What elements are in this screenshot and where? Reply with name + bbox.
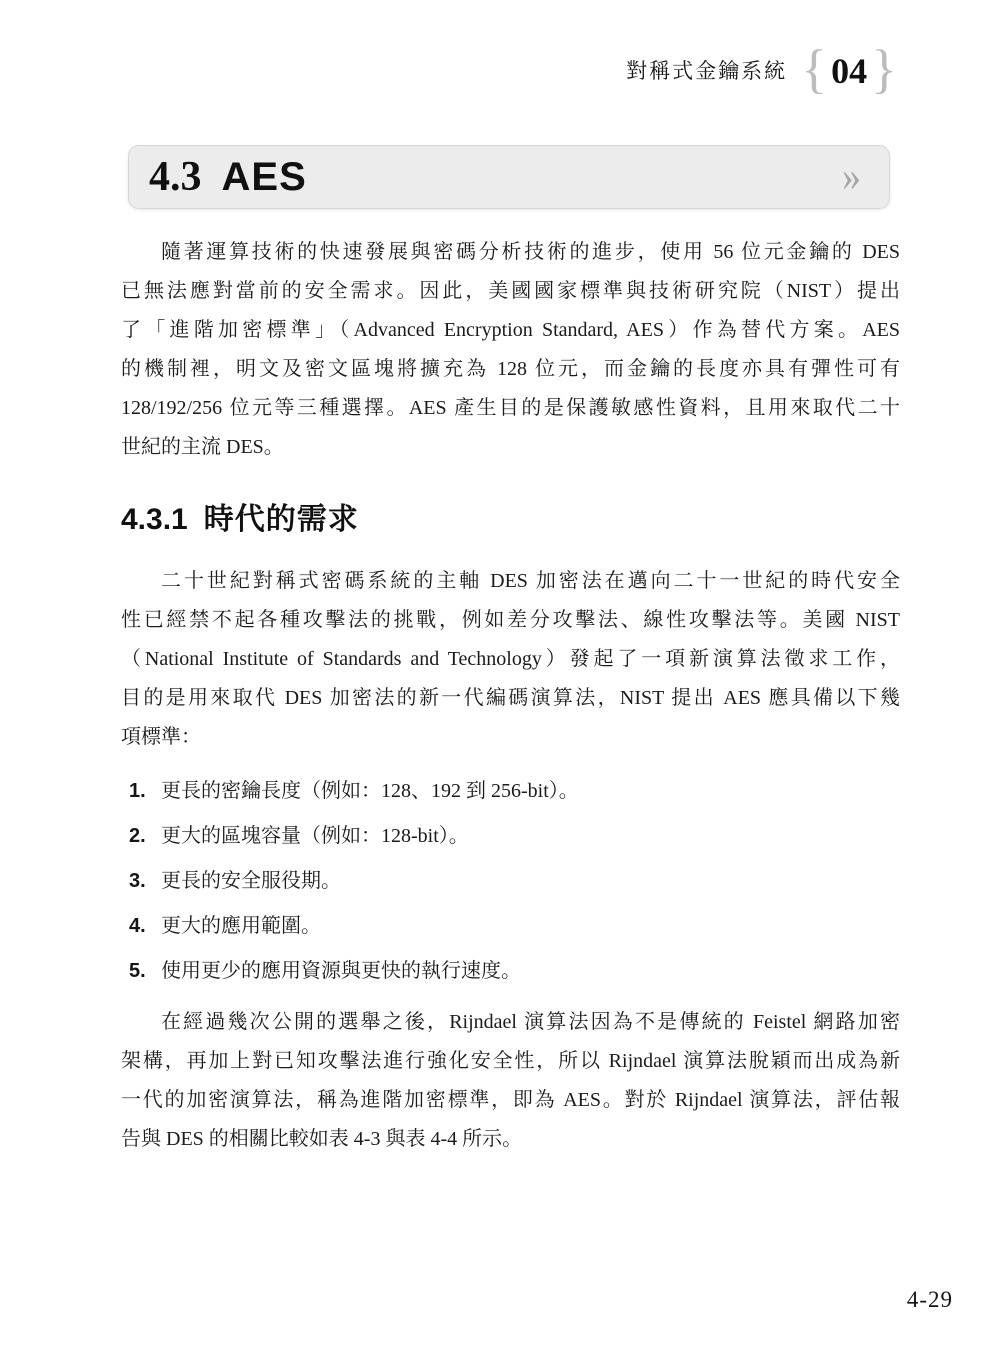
- text-line: 已無法應對當前的安全需求。因此，美國國家標準與技術研究院（NIST）提出: [121, 272, 900, 311]
- list-item-text: 更大的區塊容量（例如：128-bit）。: [161, 825, 469, 847]
- aes-requirements-list: 1. 更長的密鑰長度（例如：128、192 到 256-bit）。 2. 更大的…: [121, 780, 900, 1005]
- list-item-number: 2.: [121, 825, 161, 847]
- text-line: 了「進階加密標準」（Advanced Encryption Standard, …: [121, 311, 900, 350]
- page-number: 4-29: [907, 1287, 953, 1313]
- text-line: 二十世紀對稱式密碼系統的主軸 DES 加密法在邁向二十一世紀的時代安全: [121, 562, 900, 601]
- text-line: 目的是用來取代 DES 加密法的新一代編碼演算法，NIST 提出 AES 應具備…: [121, 679, 900, 718]
- list-item-number: 4.: [121, 915, 161, 937]
- paragraph-rijndael: 在經過幾次公開的選舉之後，Rijndael 演算法因為不是傳統的 Feistel…: [121, 1003, 900, 1159]
- chapter-number: 04: [831, 53, 867, 89]
- text-line: 隨著運算技術的快速發展與密碼分析技術的進步，使用 56 位元金鑰的 DES: [121, 233, 900, 272]
- chapter-title: 對稱式金鑰系統: [626, 61, 787, 82]
- section-heading: 4.3 AES: [149, 156, 307, 198]
- paragraph-background: 二十世紀對稱式密碼系統的主軸 DES 加密法在邁向二十一世紀的時代安全 性已經禁…: [121, 562, 900, 757]
- text-line: 128/192/256 位元等三種選擇。AES 產生目的是保護敏感性資料，且用來…: [121, 389, 900, 428]
- book-page: 對稱式金鑰系統 { 04 } 4.3 AES » 隨著運算技術的快速發展與密碼分…: [0, 0, 1000, 1353]
- list-item-text: 更大的應用範圍。: [161, 915, 321, 937]
- list-item-number: 3.: [121, 870, 161, 892]
- list-item: 1. 更長的密鑰長度（例如：128、192 到 256-bit）。: [121, 780, 900, 802]
- running-header: 對稱式金鑰系統 { 04 }: [626, 48, 897, 91]
- list-item-text: 更長的安全服役期。: [161, 870, 341, 892]
- paragraph-intro: 隨著運算技術的快速發展與密碼分析技術的進步，使用 56 位元金鑰的 DES 已無…: [121, 233, 900, 467]
- section-banner: 4.3 AES »: [128, 145, 890, 209]
- subsection-title: 時代的需求: [204, 503, 359, 536]
- list-item: 3. 更長的安全服役期。: [121, 870, 900, 892]
- text-line: 在經過幾次公開的選舉之後，Rijndael 演算法因為不是傳統的 Feistel…: [121, 1003, 900, 1042]
- list-item-text: 使用更少的應用資源與更快的執行速度。: [161, 960, 521, 982]
- brace-left-icon: {: [801, 48, 827, 91]
- section-number: 4.3: [149, 156, 202, 198]
- text-line: 一代的加密演算法，稱為進階加密標準，即為 AES。對於 Rijndael 演算法…: [121, 1081, 900, 1120]
- text-line: 世紀的主流 DES。: [121, 428, 900, 467]
- text-line: 性已經禁不起各種攻擊法的挑戰，例如差分攻擊法、線性攻擊法等。美國 NIST: [121, 601, 900, 640]
- chevron-double-right-icon: »: [842, 156, 861, 198]
- brace-right-icon: }: [871, 48, 897, 91]
- subsection-number: 4.3.1: [121, 503, 188, 536]
- text-line: 項標準：: [121, 718, 900, 757]
- list-item: 5. 使用更少的應用資源與更快的執行速度。: [121, 960, 900, 982]
- list-item-number: 5.: [121, 960, 161, 982]
- list-item: 4. 更大的應用範圍。: [121, 915, 900, 937]
- text-line: 的機制裡，明文及密文區塊將擴充為 128 位元，而金鑰的長度亦具有彈性可有: [121, 350, 900, 389]
- list-item-number: 1.: [121, 780, 161, 802]
- list-item: 2. 更大的區塊容量（例如：128-bit）。: [121, 825, 900, 847]
- section-title: AES: [222, 157, 307, 197]
- text-line: 告與 DES 的相關比較如表 4-3 與表 4-4 所示。: [121, 1120, 900, 1159]
- subsection-heading: 4.3.1時代的需求: [121, 502, 359, 538]
- text-line: 架構，再加上對已知攻擊法進行強化安全性，所以 Rijndael 演算法脫穎而出成…: [121, 1042, 900, 1081]
- list-item-text: 更長的密鑰長度（例如：128、192 到 256-bit）。: [161, 780, 579, 802]
- text-line: （National Institute of Standards and Tec…: [121, 640, 900, 679]
